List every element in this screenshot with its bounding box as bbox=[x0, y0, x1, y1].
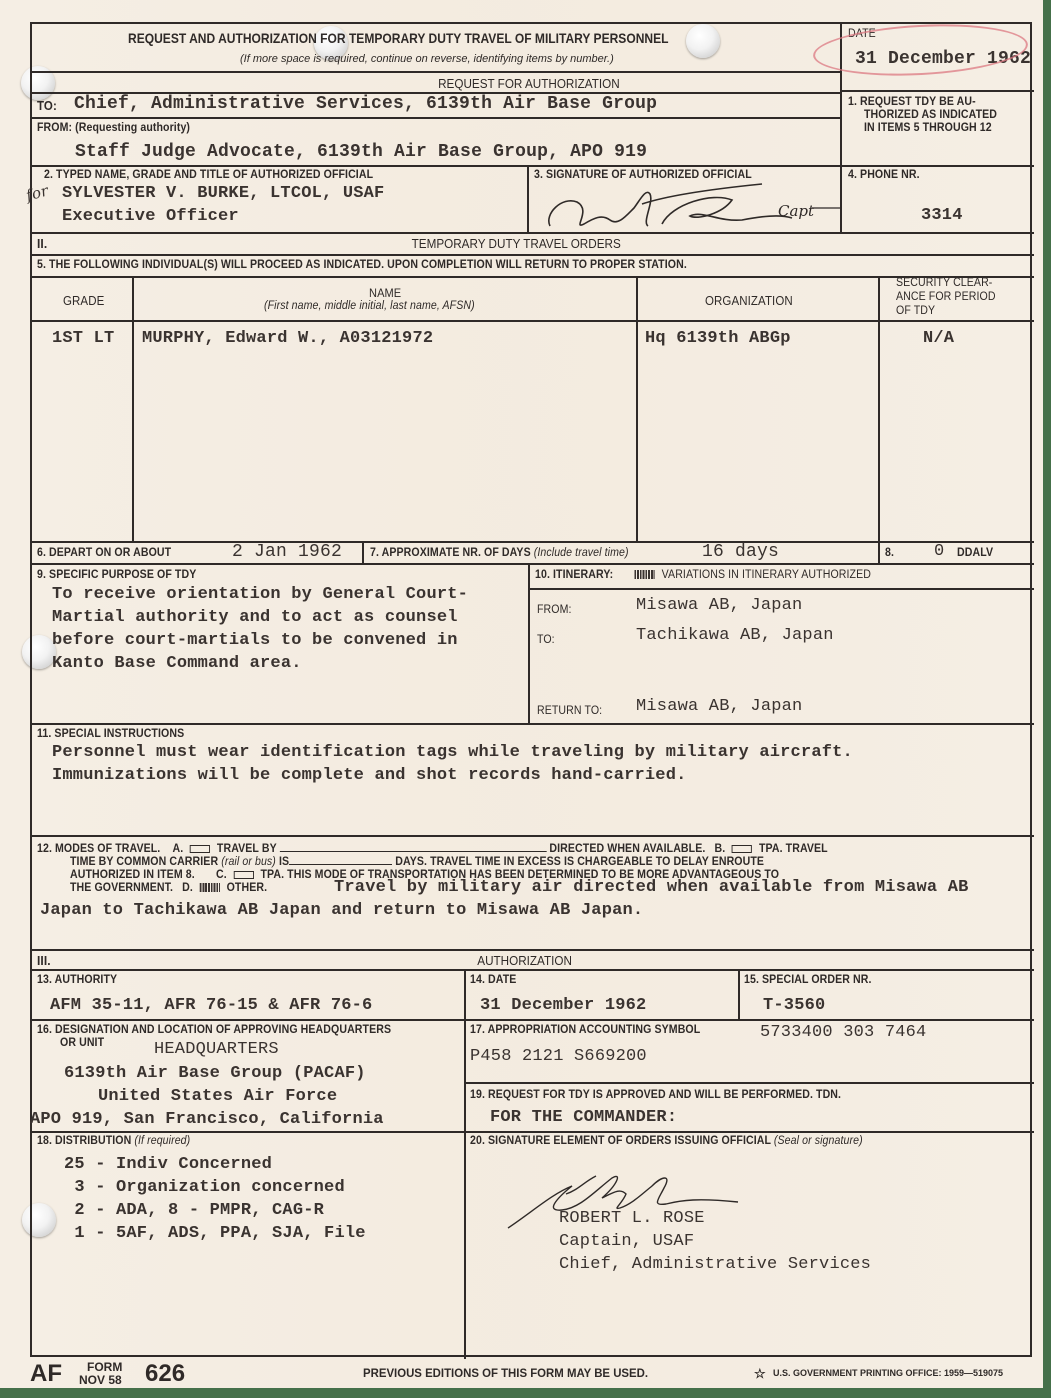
divider bbox=[878, 541, 880, 563]
divider bbox=[840, 165, 842, 234]
item13-label: 13. AUTHORITY bbox=[37, 974, 117, 986]
item19-value[interactable]: FOR THE COMMANDER: bbox=[490, 1108, 677, 1127]
item9-line[interactable]: Martial authority and to act as counsel bbox=[52, 608, 458, 627]
distribution-line[interactable]: 1 - 5AF, ADS, PPA, SJA, File bbox=[64, 1224, 366, 1243]
from-label-text: FROM: bbox=[37, 122, 72, 134]
item9-line[interactable]: before court-martials to be convened in bbox=[52, 631, 458, 650]
divider bbox=[32, 723, 1034, 725]
itinerary-return-label: RETURN TO: bbox=[537, 705, 602, 717]
item16-label2: OR UNIT bbox=[60, 1037, 104, 1049]
item12-line2-hint: (rail or bus) bbox=[221, 856, 276, 868]
item16-line[interactable]: United States Air Force bbox=[98, 1087, 337, 1106]
divider bbox=[32, 320, 1034, 322]
item16-line[interactable]: 6139th Air Base Group (PACAF) bbox=[64, 1064, 366, 1083]
item15-label: 15. SPECIAL ORDER NR. bbox=[744, 974, 872, 986]
item16-line[interactable]: APO 919, San Francisco, California bbox=[30, 1110, 384, 1129]
divider bbox=[32, 949, 1034, 951]
item12-c: C. bbox=[216, 869, 227, 881]
item17-label: 17. APPROPRIATION ACCOUNTING SYMBOL bbox=[470, 1024, 700, 1036]
footer-form-date: NOV 58 bbox=[79, 1373, 122, 1387]
item1-line1: 1. REQUEST TDY BE AU- bbox=[848, 96, 976, 108]
itinerary-return-value[interactable]: Misawa AB, Japan bbox=[636, 697, 802, 716]
variations-checkbox-checked[interactable] bbox=[635, 570, 655, 579]
item17-value-2[interactable]: P458 2121 S669200 bbox=[470, 1047, 647, 1066]
item18-label-text: 18. DISTRIBUTION bbox=[37, 1135, 131, 1147]
divider bbox=[32, 165, 1034, 167]
section-iii-roman: III. bbox=[37, 953, 51, 968]
item12-line4: THE GOVERNMENT. D. OTHER. bbox=[70, 882, 267, 894]
divider bbox=[32, 276, 1034, 278]
from-hint: (Requesting authority) bbox=[75, 122, 190, 134]
item18-hint: (If required) bbox=[134, 1135, 190, 1147]
item12-b: B. bbox=[715, 843, 726, 855]
item12-other-value-2[interactable]: Japan to Tachikawa AB Japan and return t… bbox=[40, 901, 643, 920]
itinerary-to-label: TO: bbox=[537, 634, 555, 646]
col-header-clearance-2: ANCE FOR PERIOD bbox=[896, 291, 996, 303]
item19-label: 19. REQUEST FOR TDY IS APPROVED AND WILL… bbox=[470, 1089, 841, 1101]
divider bbox=[840, 90, 1034, 92]
item1-line2: THORIZED AS INDICATED bbox=[864, 109, 997, 121]
item11-label: 11. SPECIAL INSTRUCTIONS bbox=[37, 728, 184, 740]
divider bbox=[528, 563, 530, 723]
to-label: TO: bbox=[37, 99, 57, 113]
item20-label: 20. SIGNATURE ELEMENT OF ORDERS ISSUING … bbox=[470, 1135, 863, 1147]
itinerary-from-label: FROM: bbox=[537, 604, 572, 616]
divider bbox=[32, 969, 1034, 971]
to-value[interactable]: Chief, Administrative Services, 6139th A… bbox=[74, 94, 657, 114]
section-ii-roman: II. bbox=[37, 236, 47, 251]
footer-printer: U.S. GOVERNMENT PRINTING OFFICE: 1959—51… bbox=[773, 1368, 1003, 1378]
common-carrier-days-blank[interactable] bbox=[289, 864, 392, 865]
divider bbox=[32, 1019, 1034, 1021]
item16-line[interactable]: HEADQUARTERS bbox=[154, 1040, 279, 1059]
divider bbox=[32, 254, 1034, 256]
item20-label-text: 20. SIGNATURE ELEMENT OF ORDERS ISSUING … bbox=[470, 1135, 771, 1147]
item2-name[interactable]: SYLVESTER V. BURKE, LTCOL, USAF bbox=[62, 184, 384, 203]
item4-phone[interactable]: 3314 bbox=[921, 206, 963, 225]
divider bbox=[528, 588, 1034, 590]
item7-hint: (Include travel time) bbox=[534, 547, 629, 559]
item9-line[interactable]: Kanto Base Command area. bbox=[52, 654, 302, 673]
footer-form-number: 626 bbox=[145, 1360, 185, 1388]
mode-b-checkbox[interactable] bbox=[732, 845, 752, 853]
item14-value[interactable]: 31 December 1962 bbox=[480, 996, 646, 1015]
form-title: REQUEST AND AUTHORIZATION FOR TEMPORARY … bbox=[128, 30, 668, 46]
item12-other-value-1[interactable]: Travel by military air directed when ava… bbox=[334, 878, 969, 897]
divider bbox=[738, 969, 740, 1019]
mode-d-checkbox-checked[interactable] bbox=[200, 883, 220, 892]
divider bbox=[32, 563, 1034, 565]
form-subtitle: (If more space is required, continue on … bbox=[240, 53, 614, 65]
item20-hint: (Seal or signature) bbox=[774, 1135, 863, 1147]
mode-c-checkbox[interactable] bbox=[234, 871, 254, 879]
item12-b-text: TPA. TRAVEL bbox=[759, 843, 828, 855]
divider bbox=[32, 1131, 1034, 1133]
item11-line[interactable]: Immunizations will be complete and shot … bbox=[52, 766, 687, 785]
item12-line1: 12. MODES OF TRAVEL. A. TRAVEL BY DIRECT… bbox=[37, 843, 828, 855]
row-organization[interactable]: Hq 6139th ABGp bbox=[645, 329, 791, 348]
footer-form-word: FORM bbox=[87, 1360, 122, 1374]
section-heading-request: REQUEST FOR AUTHORIZATION bbox=[438, 76, 620, 91]
table-divider bbox=[636, 276, 638, 541]
divider bbox=[464, 969, 466, 1359]
item12-line3-a: AUTHORIZED IN ITEM 8. bbox=[70, 869, 195, 881]
item8-label: 8. bbox=[885, 547, 894, 559]
item10-label: 10. ITINERARY: VARIATIONS IN ITINERARY A… bbox=[535, 569, 871, 581]
divider bbox=[362, 541, 364, 563]
row-name[interactable]: MURPHY, Edward W., A03121972 bbox=[142, 329, 433, 348]
col-header-name-hint: (First name, middle initial, last name, … bbox=[264, 300, 475, 312]
item12-a-text: TRAVEL BY bbox=[217, 843, 277, 855]
item15-value[interactable]: T-3560 bbox=[763, 996, 825, 1015]
svg-text:Capt: Capt bbox=[778, 202, 815, 220]
item14-label: 14. DATE bbox=[470, 974, 516, 986]
itinerary-to-value[interactable]: Tachikawa AB, Japan bbox=[636, 626, 834, 645]
item12-d-text: OTHER. bbox=[227, 882, 268, 894]
col-header-clearance-1: SECURITY CLEAR- bbox=[896, 277, 992, 289]
item8-value[interactable]: 0 bbox=[934, 542, 944, 561]
divider bbox=[32, 541, 1034, 543]
table-divider bbox=[878, 276, 880, 541]
document-page: REQUEST AND AUTHORIZATION FOR TEMPORARY … bbox=[0, 0, 1043, 1388]
item12-d: D. bbox=[182, 882, 193, 894]
divider bbox=[32, 835, 1034, 837]
mode-a-checkbox[interactable] bbox=[190, 845, 210, 853]
distribution-line[interactable]: 3 - Organization concerned bbox=[64, 1178, 345, 1197]
divider bbox=[32, 232, 1034, 234]
item10-variations: VARIATIONS IN ITINERARY AUTHORIZED bbox=[662, 569, 871, 581]
travel-by-blank[interactable] bbox=[280, 851, 547, 852]
item17-value-1[interactable]: 5733400 303 7464 bbox=[760, 1023, 926, 1042]
issuer-name[interactable]: ROBERT L. ROSE bbox=[559, 1209, 705, 1228]
distribution-line[interactable]: 2 - ADA, 8 - PMPR, CAG-R bbox=[64, 1201, 324, 1220]
item12-line2-is: IS bbox=[279, 856, 289, 868]
item10-label-text: 10. ITINERARY: bbox=[535, 569, 613, 581]
col-header-grade: GRADE bbox=[63, 294, 104, 308]
itinerary-from-value[interactable]: Misawa AB, Japan bbox=[636, 596, 802, 615]
item2-label: 2. TYPED NAME, GRADE AND TITLE OF AUTHOR… bbox=[44, 169, 373, 181]
item12-line2-a: TIME BY COMMON CARRIER bbox=[70, 856, 218, 868]
distribution-line[interactable]: 25 - Indiv Concerned bbox=[64, 1155, 272, 1174]
issuer-title[interactable]: Chief, Administrative Services bbox=[559, 1255, 871, 1274]
from-label: FROM: (Requesting authority) bbox=[37, 122, 190, 134]
divider bbox=[32, 117, 840, 119]
item12-directed: DIRECTED WHEN AVAILABLE. bbox=[549, 843, 705, 855]
item9-label: 9. SPECIFIC PURPOSE OF TDY bbox=[37, 569, 196, 581]
item6-label: 6. DEPART ON OR ABOUT bbox=[37, 547, 171, 559]
section-heading-authorization: AUTHORIZATION bbox=[477, 953, 572, 968]
col-header-organization: ORGANIZATION bbox=[705, 294, 793, 308]
item7-label-text: 7. APPROXIMATE NR. OF DAYS bbox=[370, 547, 531, 559]
item12-a: A. bbox=[172, 843, 183, 855]
section-heading-orders: TEMPORARY DUTY TRAVEL ORDERS bbox=[412, 236, 621, 251]
row-grade[interactable]: 1ST LT bbox=[52, 329, 114, 348]
item5-label: 5. THE FOLLOWING INDIVIDUAL(S) WILL PROC… bbox=[37, 259, 687, 271]
item2-for-mark: for bbox=[24, 181, 50, 204]
col-header-name: NAME bbox=[369, 286, 401, 300]
footer-af: AF bbox=[30, 1360, 62, 1388]
item12-line4-a: THE GOVERNMENT. bbox=[70, 882, 173, 894]
item4-label: 4. PHONE NR. bbox=[848, 169, 920, 181]
table-divider bbox=[132, 276, 134, 541]
issuer-rank[interactable]: Captain, USAF bbox=[559, 1232, 694, 1251]
item7-label: 7. APPROXIMATE NR. OF DAYS (Include trav… bbox=[370, 547, 629, 559]
item16-label: 16. DESIGNATION AND LOCATION OF APPROVIN… bbox=[37, 1024, 391, 1036]
item2-title[interactable]: Executive Officer bbox=[62, 207, 239, 226]
col-header-clearance-3: OF TDY bbox=[896, 305, 935, 317]
item6-value[interactable]: 2 Jan 1962 bbox=[232, 542, 342, 562]
item11-line[interactable]: Personnel must wear identification tags … bbox=[52, 743, 853, 762]
item8-suffix: DDALV bbox=[957, 547, 993, 559]
item9-line[interactable]: To receive orientation by General Court- bbox=[52, 585, 468, 604]
divider bbox=[32, 71, 840, 73]
item18-label: 18. DISTRIBUTION (If required) bbox=[37, 1135, 190, 1147]
footer-notice: PREVIOUS EDITIONS OF THIS FORM MAY BE US… bbox=[363, 1366, 648, 1380]
row-clearance[interactable]: N/A bbox=[923, 329, 954, 348]
item12-line2: TIME BY COMMON CARRIER (rail or bus) IS … bbox=[70, 856, 764, 868]
star-icon: ☆ bbox=[754, 1366, 766, 1382]
from-value[interactable]: Staff Judge Advocate, 6139th Air Base Gr… bbox=[75, 142, 647, 162]
item1-line3: IN ITEMS 5 THROUGH 12 bbox=[864, 122, 992, 134]
item12-line2-b: DAYS. TRAVEL TIME IN EXCESS IS CHARGEABL… bbox=[395, 856, 764, 868]
divider bbox=[464, 1082, 1034, 1084]
item12-label: 12. MODES OF TRAVEL. bbox=[37, 843, 160, 855]
item7-value[interactable]: 16 days bbox=[702, 542, 779, 562]
tdy-form: REQUEST AND AUTHORIZATION FOR TEMPORARY … bbox=[30, 22, 1032, 1357]
authorized-official-signature: Capt bbox=[522, 174, 842, 234]
item13-value[interactable]: AFM 35-11, AFR 76-15 & AFR 76-6 bbox=[50, 996, 372, 1015]
